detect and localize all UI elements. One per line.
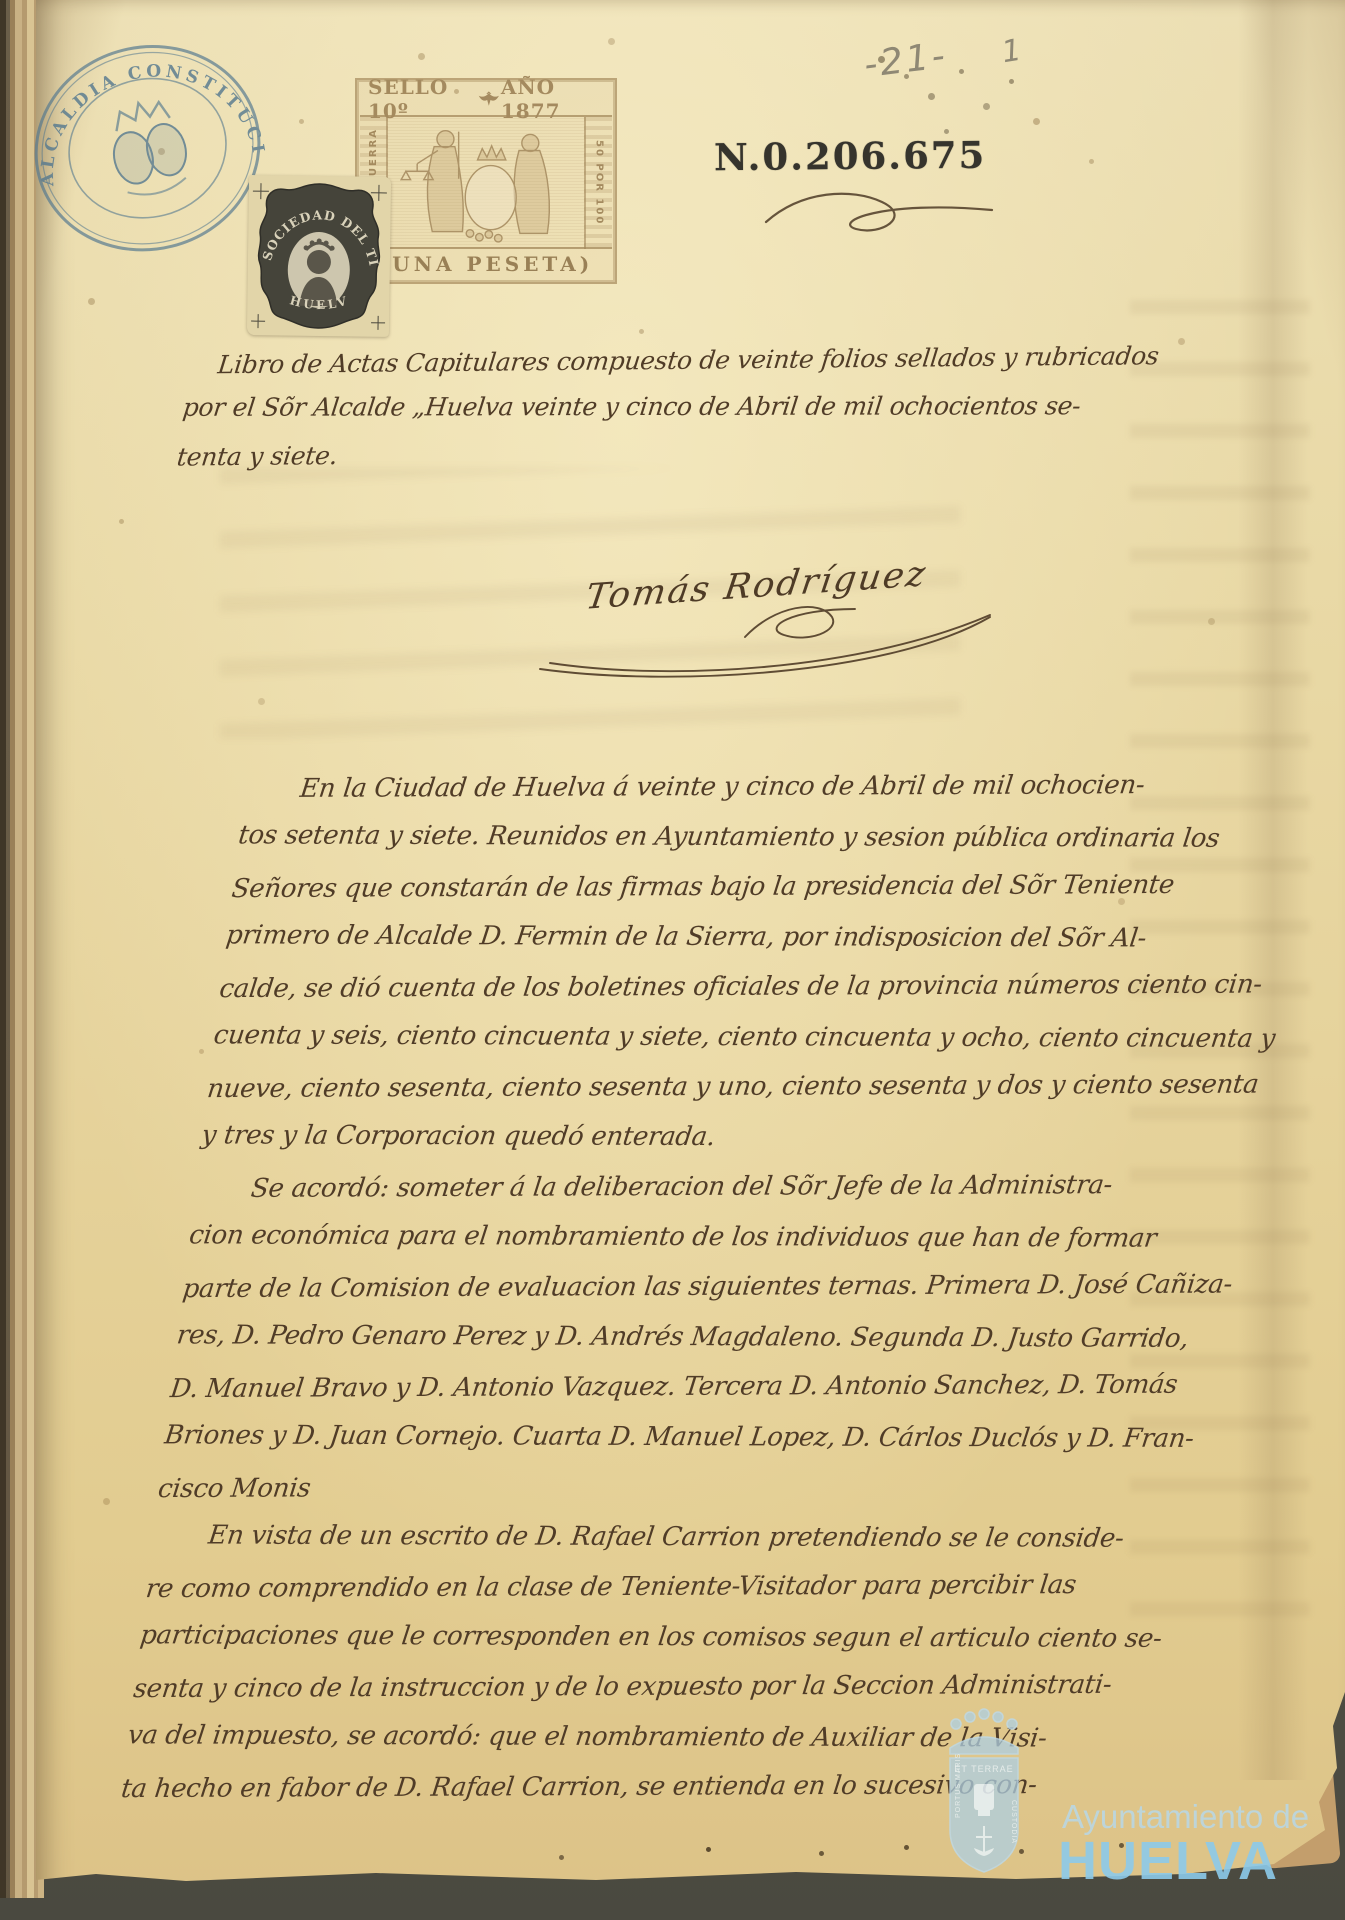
heading-paragraph: Libro de Actas Capitulares compuesto de … [175,336,1142,479]
body-line: calde, se dió cuenta de los boletines of… [217,960,1183,1014]
acta-body: En la Ciudad de Huelva á veinte y cinco … [119,762,1208,1812]
body-line: Se acordó: someter á la deliberacion del… [192,1160,1158,1214]
tax-stamp-year: AÑO 1877 [501,75,604,123]
heading-line: por el Sõr Alcalde „Huelva veinte y cinc… [180,383,1136,431]
serial-number-stamp: N.0.206.675 [714,133,987,179]
body-line: En la Ciudad de Huelva á veinte y cinco … [241,760,1207,814]
allegory-figures-icon [387,118,585,249]
body-line: En vista de un escrito de D. Rafael Carr… [149,1510,1115,1563]
heading-line: Libro de Actas Capitulares compuesto de … [185,333,1141,388]
tax-stamp: SELLO 10º AÑO 1877 IMPTO GUERRA 50 POR 1… [357,80,615,282]
body-line: cion económica para el nombramiento de l… [186,1210,1152,1263]
tax-stamp-denomination-band: (UNA PESETA) [360,247,612,279]
body-line: Señores que constarán de las firmas bajo… [229,860,1195,914]
timbre-stamp: SOCIEDAD DEL TIMBRE HUELVA [247,175,391,337]
body-line: tos setenta y siete. Reunidos en Ayuntam… [235,810,1201,863]
aging-spots [0,0,3,3]
body-line: re como comprendido en la clase de Tenie… [143,1560,1109,1614]
double-eagle-icon [477,89,501,109]
tax-stamp-una-peseta: (UNA PESETA) [379,252,593,276]
page-number-pencil: -21- [862,35,950,86]
body-line: primero de Alcalde D. Fermin de la Sierr… [223,910,1189,963]
heading-line: tenta y siete. [174,425,1130,480]
tax-stamp-sello: SELLO 10º [368,75,477,123]
timbre-stamp-icon: SOCIEDAD DEL TIMBRE HUELVA [247,175,391,337]
rubric-flourish-icon [760,180,1000,252]
page-crease [1238,0,1308,1780]
page-content: ALCALDIA CONSTITUCIONAL DE SELLO 10º AÑO… [0,0,1345,1920]
body-line: res, D. Pedro Genaro Perez y D. Andrés M… [174,1310,1140,1363]
tax-stamp-50-por-100: 50 POR 100 [594,140,605,225]
tax-stamp-header: SELLO 10º AÑO 1877 [360,83,612,117]
folio-number: 1 [999,33,1023,71]
body-line: ta hecho en fabor de D. Rafael Carrion, … [118,1760,1084,1814]
signature-rubric-icon [520,575,1020,695]
body-line: participaciones que le corresponden en l… [137,1610,1103,1663]
body-line: D. Manuel Bravo y D. Antonio Vazquez. Te… [168,1360,1134,1414]
body-line: nueve, ciento sesenta, ciento sesenta y … [204,1060,1170,1114]
body-line: va del impuesto, se acordó: que el nombr… [125,1710,1091,1763]
body-line: y tres y la Corporacion quedó enterada. [198,1110,1164,1163]
body-line: Briones y D. Juan Cornejo. Cuarta D. Man… [162,1410,1128,1463]
body-line: cisco Monis [155,1460,1121,1514]
body-line: cuenta y seis, ciento cincuenta y siete,… [211,1010,1177,1063]
tax-stamp-vignette [387,118,585,248]
body-line: parte de la Comision de evaluacion las s… [180,1260,1146,1314]
tax-stamp-right-pillar: 50 POR 100 [584,117,612,249]
body-line: senta y cinco de la instruccion y de lo … [131,1660,1097,1714]
